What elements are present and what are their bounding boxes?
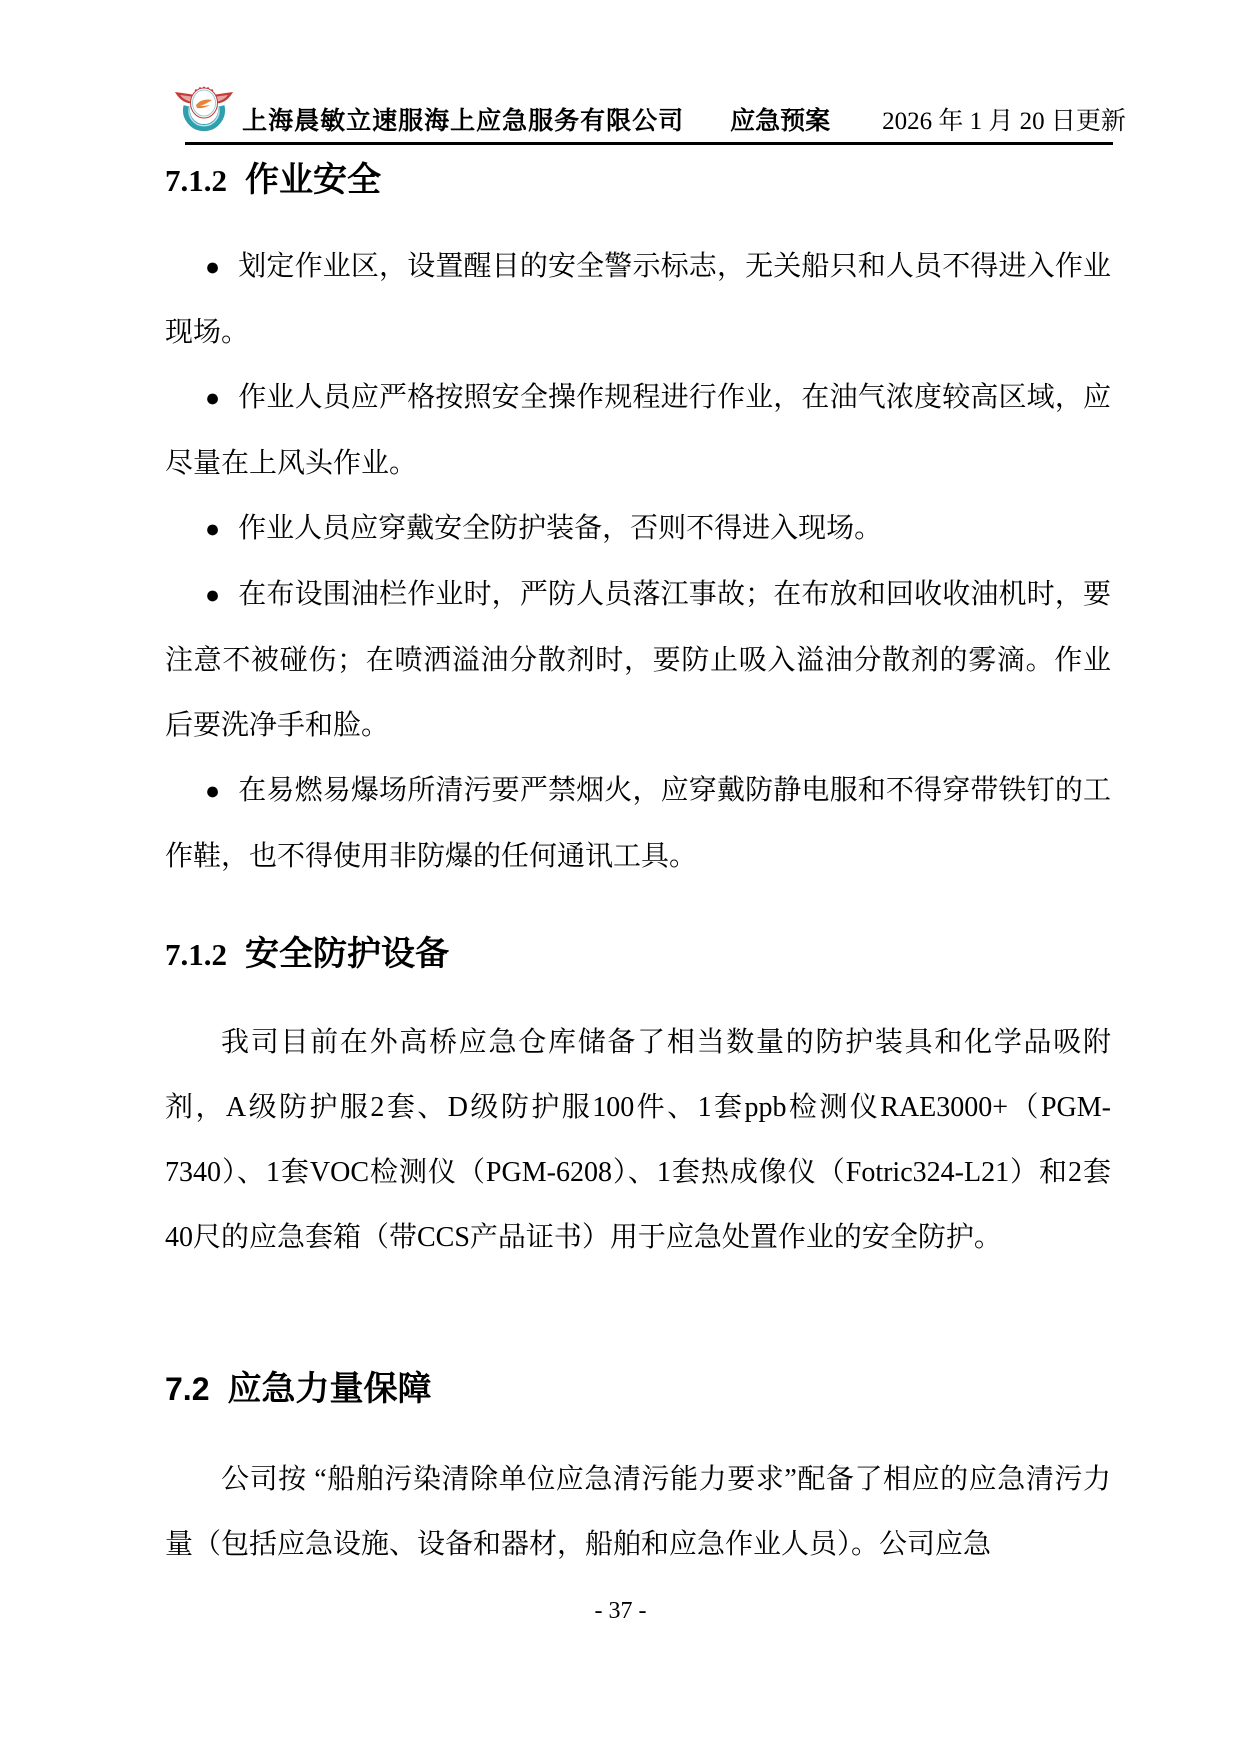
page-header: 上海晨敏立速服海上应急服务有限公司 应急预案 2026 年 1 月 20 日更新	[185, 0, 1113, 145]
bullet-item: ●在布设围油栏作业时，严防人员落江事故；在布放和回收收油机时，要注意不被碰伤；在…	[165, 562, 1111, 758]
section-heading-protective-equipment: 7.1.2 安全防护设备	[165, 935, 1111, 974]
bullet-text: 划定作业区，设置醒目的安全警示标志，无关船只和人员不得进入作业现场。	[165, 251, 1111, 348]
bullet-text: 作业人员应穿戴安全防护装备，否则不得进入现场。	[238, 513, 882, 544]
bullet-text: 在易燃易爆场所清污要严禁烟火，应穿戴防静电服和不得穿带铁钉的工作鞋，也不得使用非…	[165, 775, 1111, 872]
page-number: - 37 -	[0, 1598, 1241, 1625]
document-page: 上海晨敏立速服海上应急服务有限公司 应急预案 2026 年 1 月 20 日更新…	[0, 0, 1241, 1754]
section-number: 7.1.2	[165, 937, 227, 972]
bullet-marker: ●	[205, 778, 220, 805]
bullet-marker: ●	[205, 385, 220, 412]
paragraph-protective-equipment: 我司目前在外高桥应急仓库储备了相当数量的防护装具和化学品吸附剂，A级防护服2套、…	[165, 1010, 1111, 1270]
bullet-marker: ●	[205, 254, 220, 281]
bullet-item: ●在易燃易爆场所清污要严禁烟火，应穿戴防静电服和不得穿带铁钉的工作鞋，也不得使用…	[165, 758, 1111, 889]
section-number: 7.2	[165, 1371, 209, 1407]
bullet-marker: ●	[205, 516, 220, 543]
section-number: 7.1.2	[165, 163, 227, 198]
bullet-marker: ●	[205, 582, 220, 609]
update-date: 2026 年 1 月 20 日更新	[882, 101, 1126, 137]
bullet-text: 作业人员应严格按照安全操作规程进行作业，在油气浓度较高区域，应尽量在上风头作业。	[165, 382, 1111, 479]
company-name: 上海晨敏立速服海上应急服务有限公司	[242, 101, 684, 137]
bullet-text: 在布设围油栏作业时，严防人员落江事故；在布放和回收收油机时，要注意不被碰伤；在喷…	[165, 579, 1111, 741]
bullet-item: ●划定作业区，设置醒目的安全警示标志，无关船只和人员不得进入作业现场。	[165, 234, 1111, 365]
bullet-item: ●作业人员应严格按照安全操作规程进行作业，在油气浓度较高区域，应尽量在上风头作业…	[165, 365, 1111, 496]
section-heading-operation-safety: 7.1.2 作业安全	[165, 161, 1111, 200]
paragraph-emergency-force: 公司按 “船舶污染清除单位应急清污能力要求”配备了相应的应急清污力量（包括应急设…	[165, 1447, 1111, 1577]
company-logo-icon	[172, 84, 236, 143]
section-title: 应急力量保障	[227, 1370, 431, 1408]
bullet-item: ●作业人员应穿戴安全防护装备，否则不得进入现场。	[165, 496, 1111, 562]
section-heading-emergency-force: 7.2 应急力量保障	[165, 1370, 1111, 1409]
section-title: 作业安全	[245, 161, 381, 199]
section-title: 安全防护设备	[245, 935, 449, 973]
document-type: 应急预案	[730, 101, 830, 137]
page-content: 7.1.2 作业安全 ●划定作业区，设置醒目的安全警示标志，无关船只和人员不得进…	[165, 161, 1111, 1577]
